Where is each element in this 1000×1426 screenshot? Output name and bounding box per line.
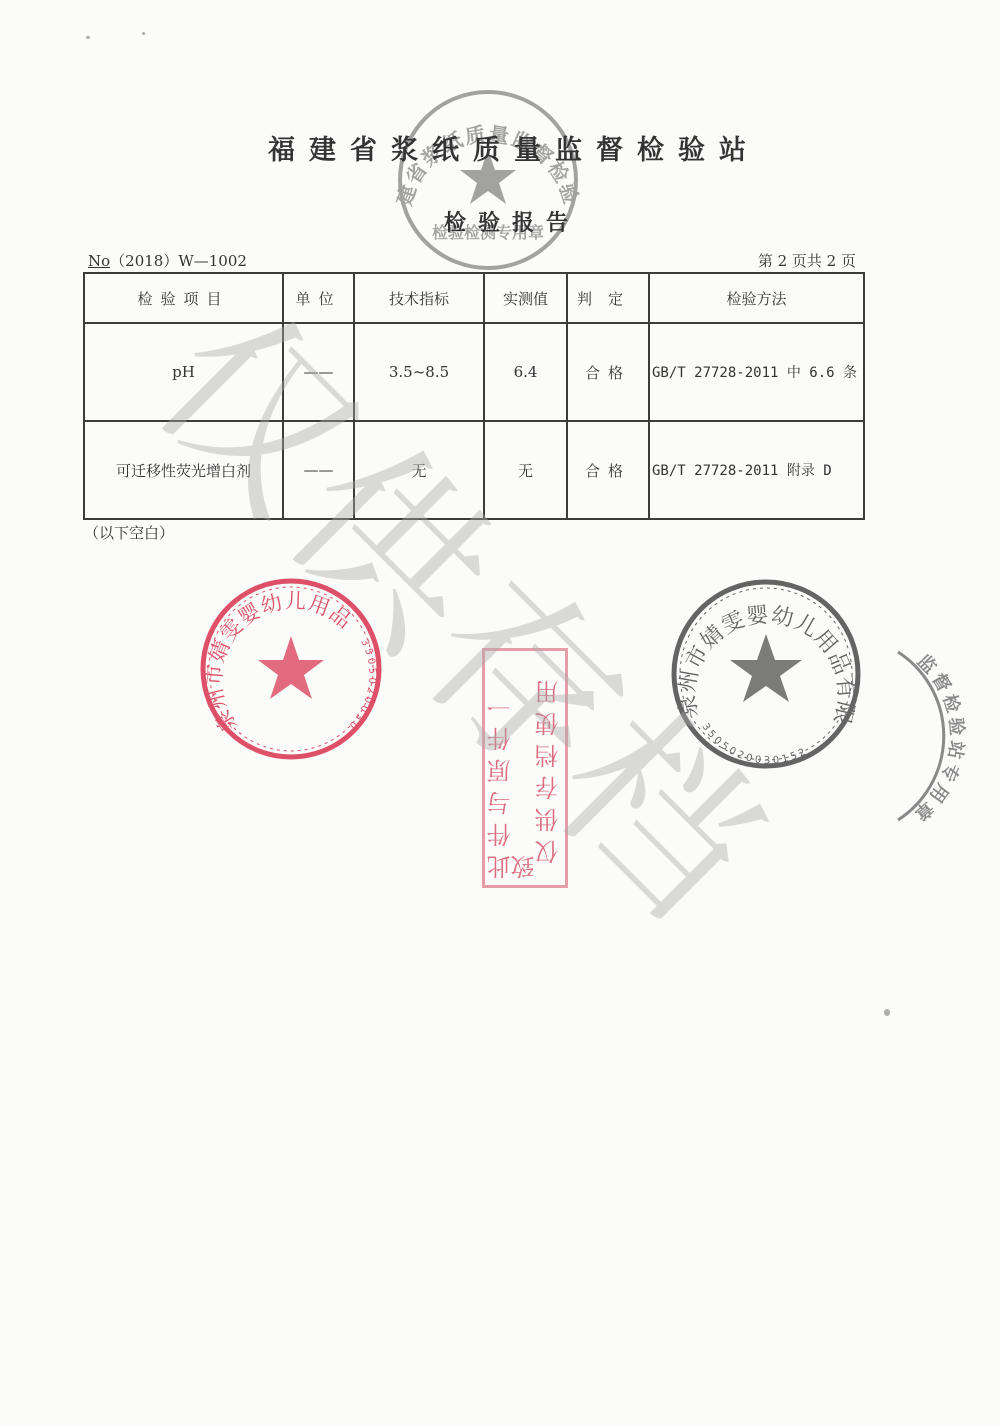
cell-measured: 无	[484, 421, 567, 519]
header-method: 检验方法	[649, 273, 864, 323]
star-icon	[730, 634, 802, 702]
header-unit: 单位	[283, 273, 354, 323]
star-icon	[258, 636, 324, 699]
copy-line-original: 此件与原件一致	[489, 657, 537, 879]
document-page: 福建省浆纸质量监督检验站 检验检测专用章 福建省浆纸质量监督检验站 检验报告 N…	[0, 0, 1000, 1426]
copy-line-archive: 仅供存档使用	[537, 672, 561, 864]
document-subtitle: 检验报告	[0, 206, 1000, 237]
table-header-row: 检验项目 单位 技术指标 实测值 判定 检验方法	[84, 273, 864, 323]
cell-method: GB/T 27728-2011 附录 D	[649, 421, 864, 519]
cell-spec: 3.5~8.5	[354, 323, 484, 421]
cell-measured: 6.4	[484, 323, 567, 421]
document-title: 福建省浆纸质量监督检验站	[0, 128, 1000, 167]
blank-below-note: （以下空白）	[84, 522, 174, 543]
table-row: 可迁移性荧光增白剂 —— 无 无 合格 GB/T 27728-2011 附录 D	[84, 421, 864, 519]
page-count: 第 2 页共 2 页	[758, 250, 856, 271]
number-sign: No	[88, 252, 110, 270]
scan-speck	[86, 36, 90, 39]
cell-item: pH	[84, 323, 283, 421]
cell-unit: ——	[283, 323, 354, 421]
header-verdict: 判定	[567, 273, 649, 323]
inspection-results-table: 检验项目 单位 技术指标 实测值 判定 检验方法 pH —— 3.5~8.5 6…	[83, 272, 865, 520]
inspection-seal-partial: 监督检验站专用章	[868, 646, 1000, 826]
header-item: 检验项目	[84, 273, 283, 323]
cell-unit: ——	[283, 421, 354, 519]
cell-method: GB/T 27728-2011 中 6.6 条	[649, 323, 864, 421]
seal-arc-text: 监督检验站专用章	[907, 650, 969, 827]
report-number-value: （2018）W—1002	[110, 252, 247, 270]
cell-spec: 无	[354, 421, 484, 519]
copy-certification-box: 此件与原件一致 仅供存档使用	[482, 648, 568, 888]
table-row: pH —— 3.5~8.5 6.4 合格 GB/T 27728-2011 中 6…	[84, 323, 864, 421]
svg-text:3505020030152: 3505020030152	[699, 721, 810, 766]
cell-item: 可迁移性荧光增白剂	[84, 421, 283, 519]
cell-verdict: 合格	[567, 323, 649, 421]
company-seal-gray: 泉州市婧雯婴幼儿用品有限公司 3505020030152	[668, 576, 864, 772]
svg-text:监督检验站专用章: 监督检验站专用章	[907, 650, 969, 827]
cell-verdict: 合格	[567, 421, 649, 519]
header-spec: 技术指标	[354, 273, 484, 323]
seal-code: 3505020030152	[699, 721, 810, 766]
scan-speck	[884, 1009, 890, 1016]
header-measured: 实测值	[484, 273, 567, 323]
company-seal-red: 泉州市婧雯婴幼儿用品有限公司 3505020030152	[198, 576, 384, 762]
inspection-station-stamp: 福建省浆纸质量监督检验站 检验检测专用章	[383, 88, 593, 268]
scan-speck	[142, 32, 145, 35]
report-number: No（2018）W—1002	[88, 250, 247, 271]
